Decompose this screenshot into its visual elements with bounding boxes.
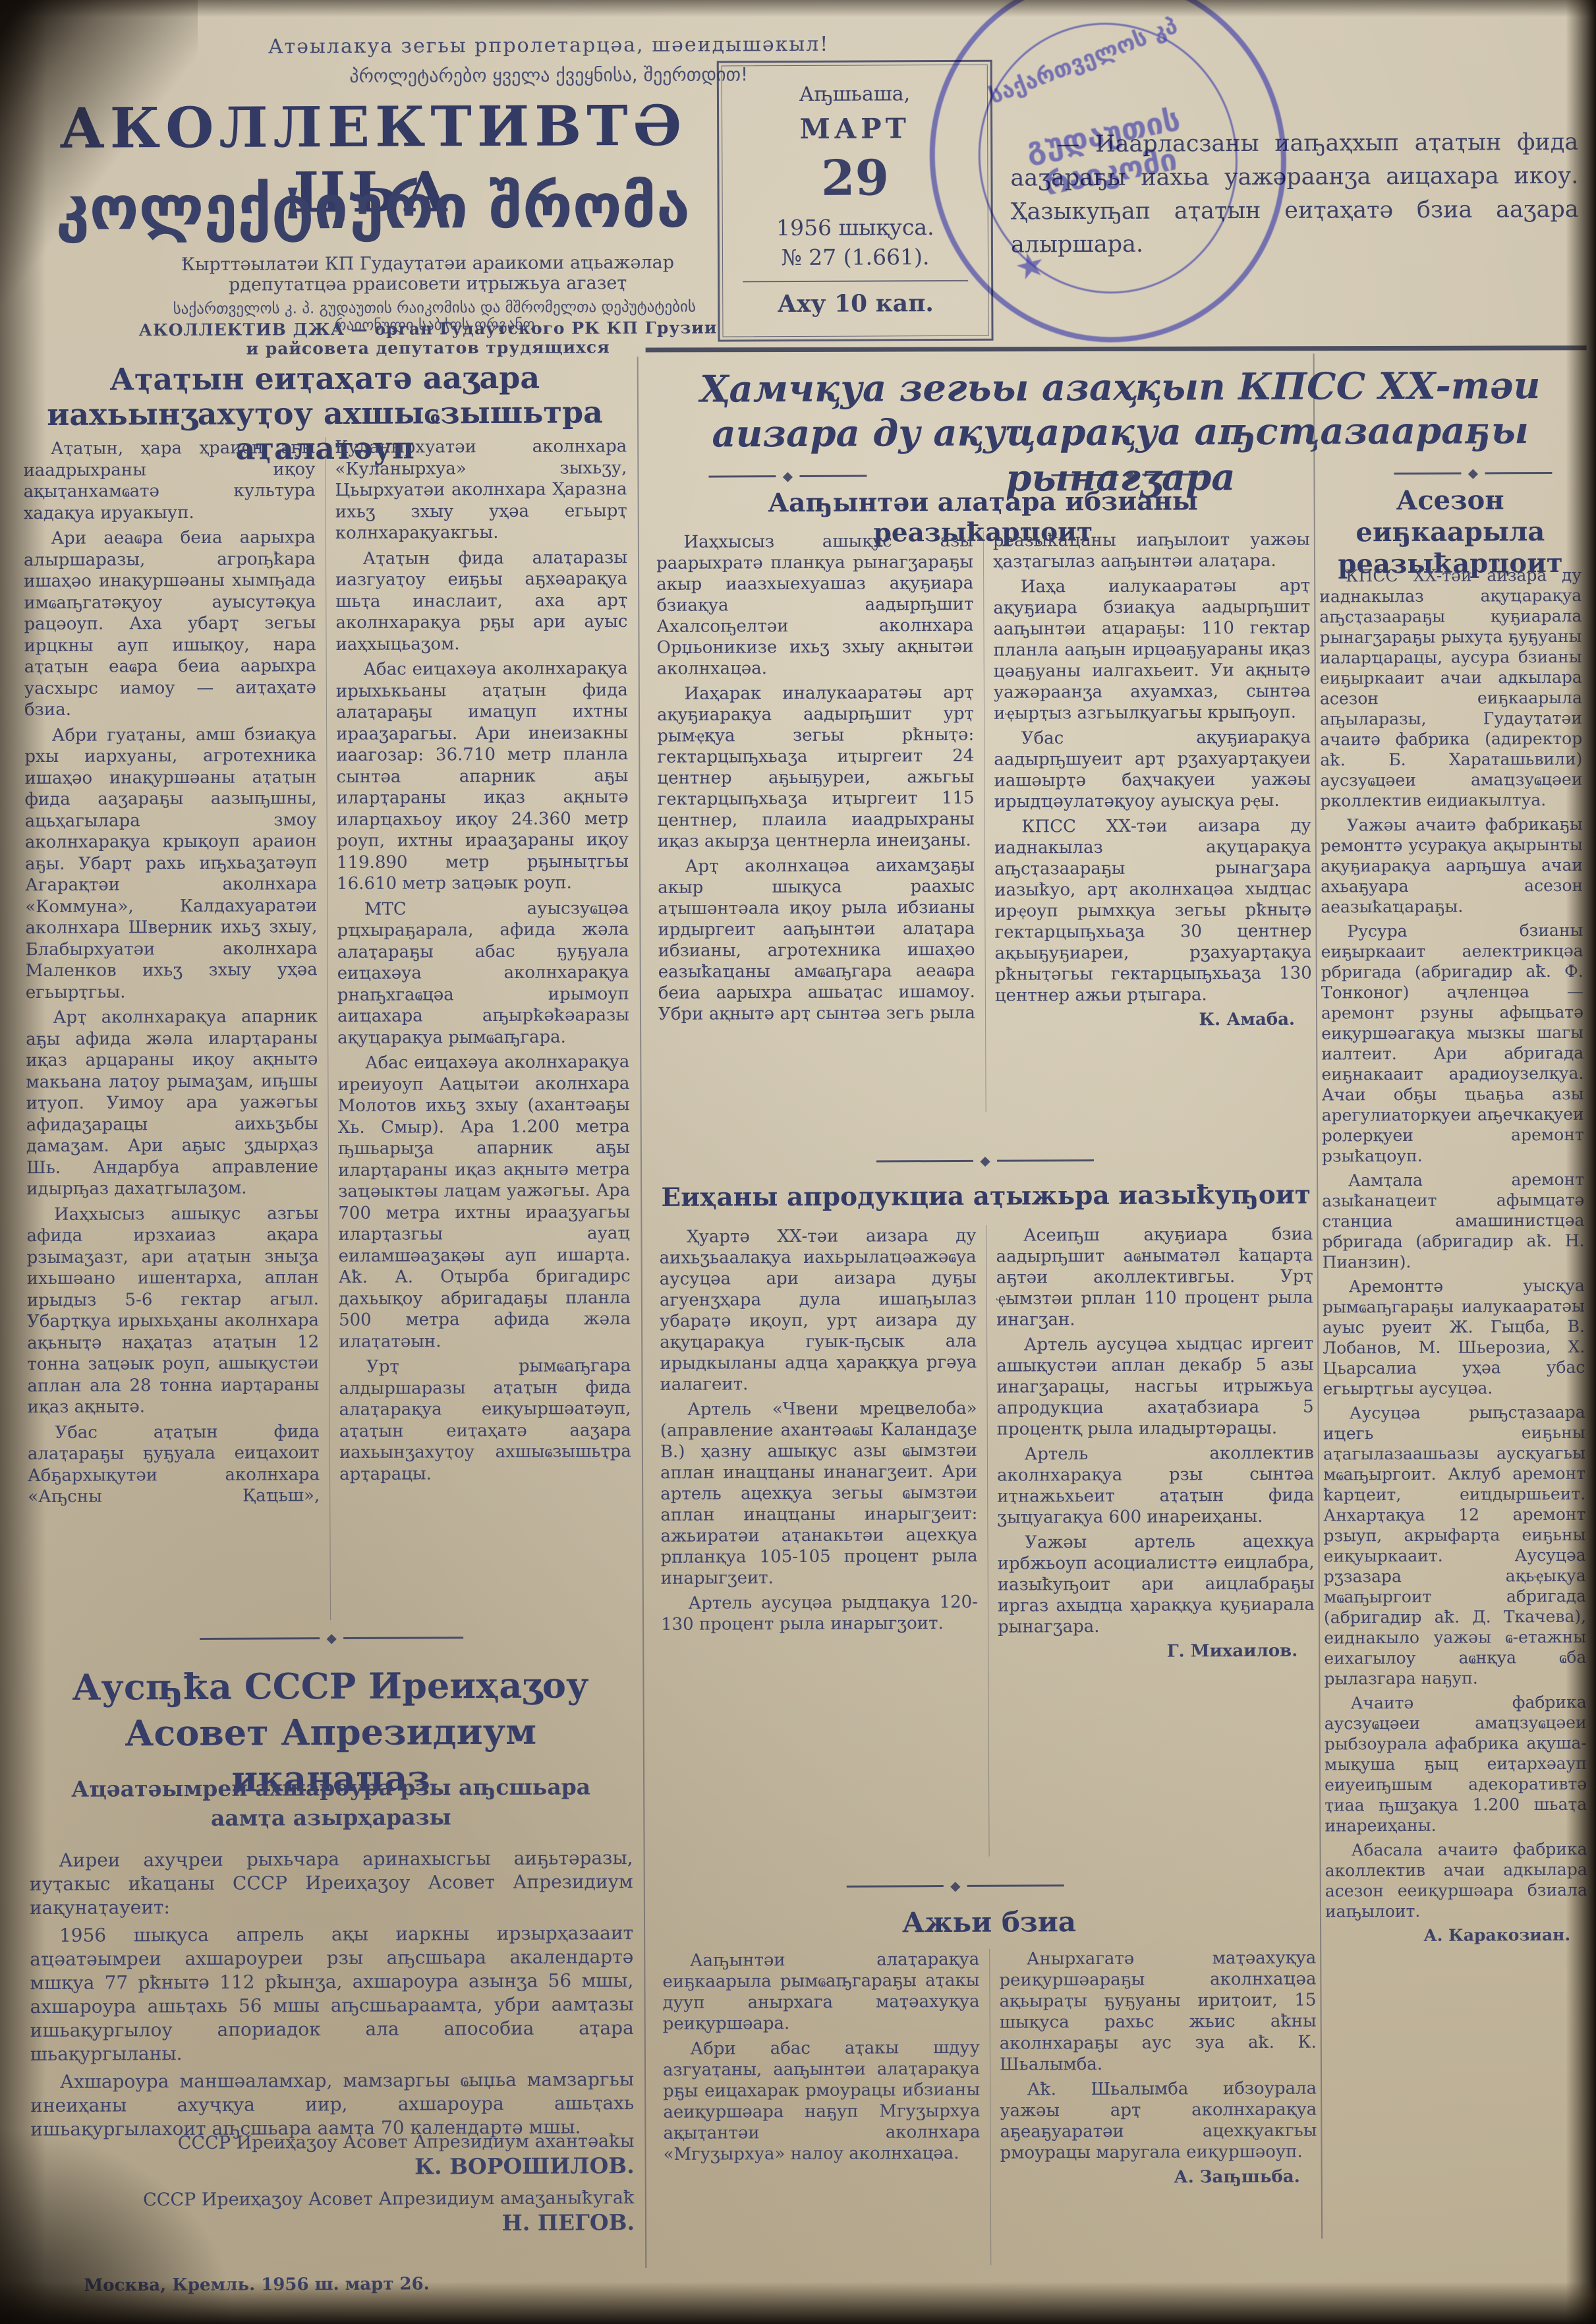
article-spring-body: Иаҳхысыз ашықус азы раарыхратә планқуа р… (656, 529, 1313, 1113)
paragraph: Ари аеаҩра беиа аарыхра алыршаразы, агро… (24, 527, 316, 720)
subtitle-abkhaz: Ҟырттәылатәи КП Гудауҭатәи араикоми аҵьа… (69, 252, 787, 296)
decree-subheading: Аҵәатәымреи ахшароура рзы аҧсшьара аамҭа… (49, 1772, 613, 1834)
slogan-abkhaz: Атәылакуа зегьы рпролетарцәа, шәеидышәкы… (140, 32, 957, 59)
fleuron-divider: ◆ (1394, 466, 1552, 480)
article-blacksmith-body: Ааҧынтәи алаҭарақуа еиҕкаарыла рымҩаҧгар… (662, 1948, 1317, 2267)
paragraph: Абасала ачаитә фабрика аколлектив ачаи а… (1325, 1839, 1587, 1922)
paragraph: Асеиҧш ақуҕиара бзиа аадырҧшит аҩныматәл… (996, 1224, 1313, 1331)
paragraph: Убас ақуҕиарақуа аадырҧшуеит арҭ рӡахуар… (994, 727, 1311, 813)
subtitle-russian: АКОЛЛЕКТИВ ДЖА — орган Гудаутского РК КП… (75, 318, 780, 359)
paragraph: Артель «Чвени мрецвелоба» (аправление ах… (660, 1398, 978, 1589)
paragraph: Аремонттә уысқуа рымҩаҧгараҕы иалукаарат… (1323, 1275, 1585, 1399)
paragraph: Русура бзианы еиҕыркааит аелектрикцәа рб… (1321, 920, 1584, 1167)
paragraph: Аиреи ахуҷреи рыхьчара аринахысгьы аиҕьт… (30, 1846, 633, 1920)
paragraph: Абас еиҵахәуа аколнхарақуа иреиуоуп Ааҵы… (337, 1051, 631, 1352)
signature-role: СССР Иреиҳаӡоу Асовет Апрезидиум амаӡаны… (31, 2188, 635, 2211)
fleuron-divider: ◆ (708, 469, 867, 483)
page-content: Атәылакуа зегьы рпролетарцәа, шәеидышәкы… (0, 0, 1596, 2324)
fleuron-divider: ◆ (200, 1631, 463, 1645)
paragraph: Аамҭала аремонт азыҟанаҵеит афымцатә ста… (1322, 1169, 1585, 1273)
paragraph: Абри гуаҭаны, амш бзиақуа рхы иархуаны, … (24, 724, 318, 1003)
paragraph: Аҟ. Шьалымба ибзоурала уажәы арҭ аколнха… (1000, 2078, 1317, 2164)
signature-name: К. ВОРОШИЛОВ. (31, 2153, 635, 2181)
paragraph: МТС ауысзуҩцәа рҵхыраҕарала, афида жәла … (337, 898, 629, 1049)
weekday: Аҧшьаша, (799, 82, 911, 106)
signature-name: Н. ПЕГОВ. (31, 2209, 635, 2238)
paragraph: Ачаитә фабрика аусзуҩцәеи амаҵзуҩцәеи ры… (1325, 1692, 1587, 1836)
decree-dateline: Москва, Кремль. 1956 ш. март 26. (84, 2274, 429, 2295)
article-signature: А. Каракозиан. (1325, 1925, 1587, 1946)
article-production-headline: Еиҳаны апродукциа аҭыжьра иазыҟуҧоит (659, 1180, 1313, 1213)
article-signature: А. Заҧшьба. (1000, 2166, 1317, 2189)
paragraph: Иаҳа иалукааратәы арҭ ақуҕиара бзиақуа а… (993, 575, 1311, 724)
fleuron-divider: ◆ (1051, 467, 1209, 481)
price: Аху 10 кап. (778, 289, 934, 318)
paragraph: Иаҳхысыз ашықус азгьы афида ирзхаиаз ақа… (26, 1203, 319, 1418)
decree-signatures: СССР Иреиҳаӡоу Асовет Апрезидиум ахантәа… (30, 2131, 635, 2247)
paragraph: Аусуцәа рыҧсҭазаара иҵегь еиҕьны аҭагыла… (1323, 1402, 1587, 1689)
issue-number: № 27 (1.661). (781, 244, 929, 270)
column-rule-left-middle (637, 357, 647, 2268)
paragraph: Абри абас аҭакы шдуу азгуаҭаны, ааҧынтәи… (663, 2037, 981, 2165)
paragraph: Абас еиҵахәуа аколнхарақуа ирыхькьаны аҭ… (336, 658, 629, 894)
signature-role: СССР Иреиҳаӡоу Асовет Апрезидиум ахантәа… (30, 2131, 634, 2154)
article-production-body: Ҳуартә ХХ-тәи аизара ду аихьӡьаалақуа иа… (659, 1224, 1315, 1858)
article-signature: Г. Михаилов. (998, 1641, 1315, 1663)
paragraph: Артель аусуцәа рыдҵақуа 120-130 процент … (661, 1592, 978, 1635)
fleuron-divider: ◆ (876, 1153, 1094, 1167)
paragraph: Ахшароура маншәаламхар, мамзаргьы ҩыџьа … (30, 2068, 634, 2141)
date-box-divider (743, 280, 968, 282)
paragraph: Ааҧынтәи алаҭарақуа еиҕкаарыла рымҩаҧгар… (662, 1949, 980, 2035)
paragraph: Арҭ аколнхарақуа апарник аҕы афида жәла … (26, 1006, 318, 1200)
paragraph: Анырхагатә маҭәахуқуа реиқуршәараҕы акол… (999, 1948, 1317, 2076)
paragraph: 1956 шықуса апрель ақы иаркны ирзырҳазаа… (30, 1921, 634, 2066)
newspaper-page: Атәылакуа зегьы рпролетарцәа, шәеидышәкы… (0, 0, 1596, 2324)
paragraph: Урҭ рымҩаҧгара алдыршаразы аҭаҭын фида а… (339, 1355, 631, 1485)
article-signature: К. Амаба. (995, 1009, 1312, 1031)
paragraph: Уажәы артель ацехқуа ирбжьоуп асоциалист… (997, 1531, 1315, 1638)
newspaper-title-georgian: კოლექტიური შრომა (30, 171, 715, 245)
paragraph: Уажәы ачаитә фабрикаҕы ремонттә усурақуа… (1321, 814, 1583, 917)
article-season-body: КПСС ХХ-тәи аизара ду иаднакылаз ақуҵара… (1319, 565, 1589, 2234)
article-blacksmith-headline: Ажьи бзиа (662, 1905, 1316, 1940)
paragraph: Иаҳхысыз ашықус азы раарыхратә планқуа р… (656, 531, 974, 680)
decree-body: Аиреи ахуҷреи рыхьчара аринахысгьы аиҕьт… (30, 1846, 635, 2145)
paragraph: Артель аколлектив аколнхарақуа рзы сынтә… (997, 1443, 1315, 1528)
paragraph: Иаҳарак иналукааратәы арҭ ақуҕиарақуа аа… (657, 682, 975, 852)
masthead-rule (646, 345, 1587, 352)
paragraph: КПСС ХХ-тәи аизара ду иаднакылаз ақуҵара… (994, 815, 1312, 1006)
paragraph: Ҳуартә ХХ-тәи аизара ду аихьӡьаалақуа иа… (659, 1225, 977, 1395)
paragraph: Аҭаҭын, ҳара ҳраион аҕы иаадрыхраны иқоу… (23, 437, 316, 524)
article-tobacco-body: Аҭаҭын, ҳара ҳраион аҕы иаадрыхраны иқоу… (23, 436, 632, 1621)
year-line: 1956 шықуса. (776, 214, 934, 241)
day-number: 29 (821, 154, 889, 202)
month: МАРТ (799, 112, 910, 145)
paragraph: КПСС ХХ-тәи аизара ду иаднакылаз ақуҵара… (1319, 565, 1583, 811)
paragraph: Артель аусуцәа хыдҵас иргеит ашықустәи а… (996, 1333, 1314, 1440)
paragraph: Аҭаҭын фида алаҭаразы иазгуаҭоу еиҕьы аҕ… (335, 547, 628, 655)
fleuron-divider: ◆ (847, 1878, 1064, 1892)
